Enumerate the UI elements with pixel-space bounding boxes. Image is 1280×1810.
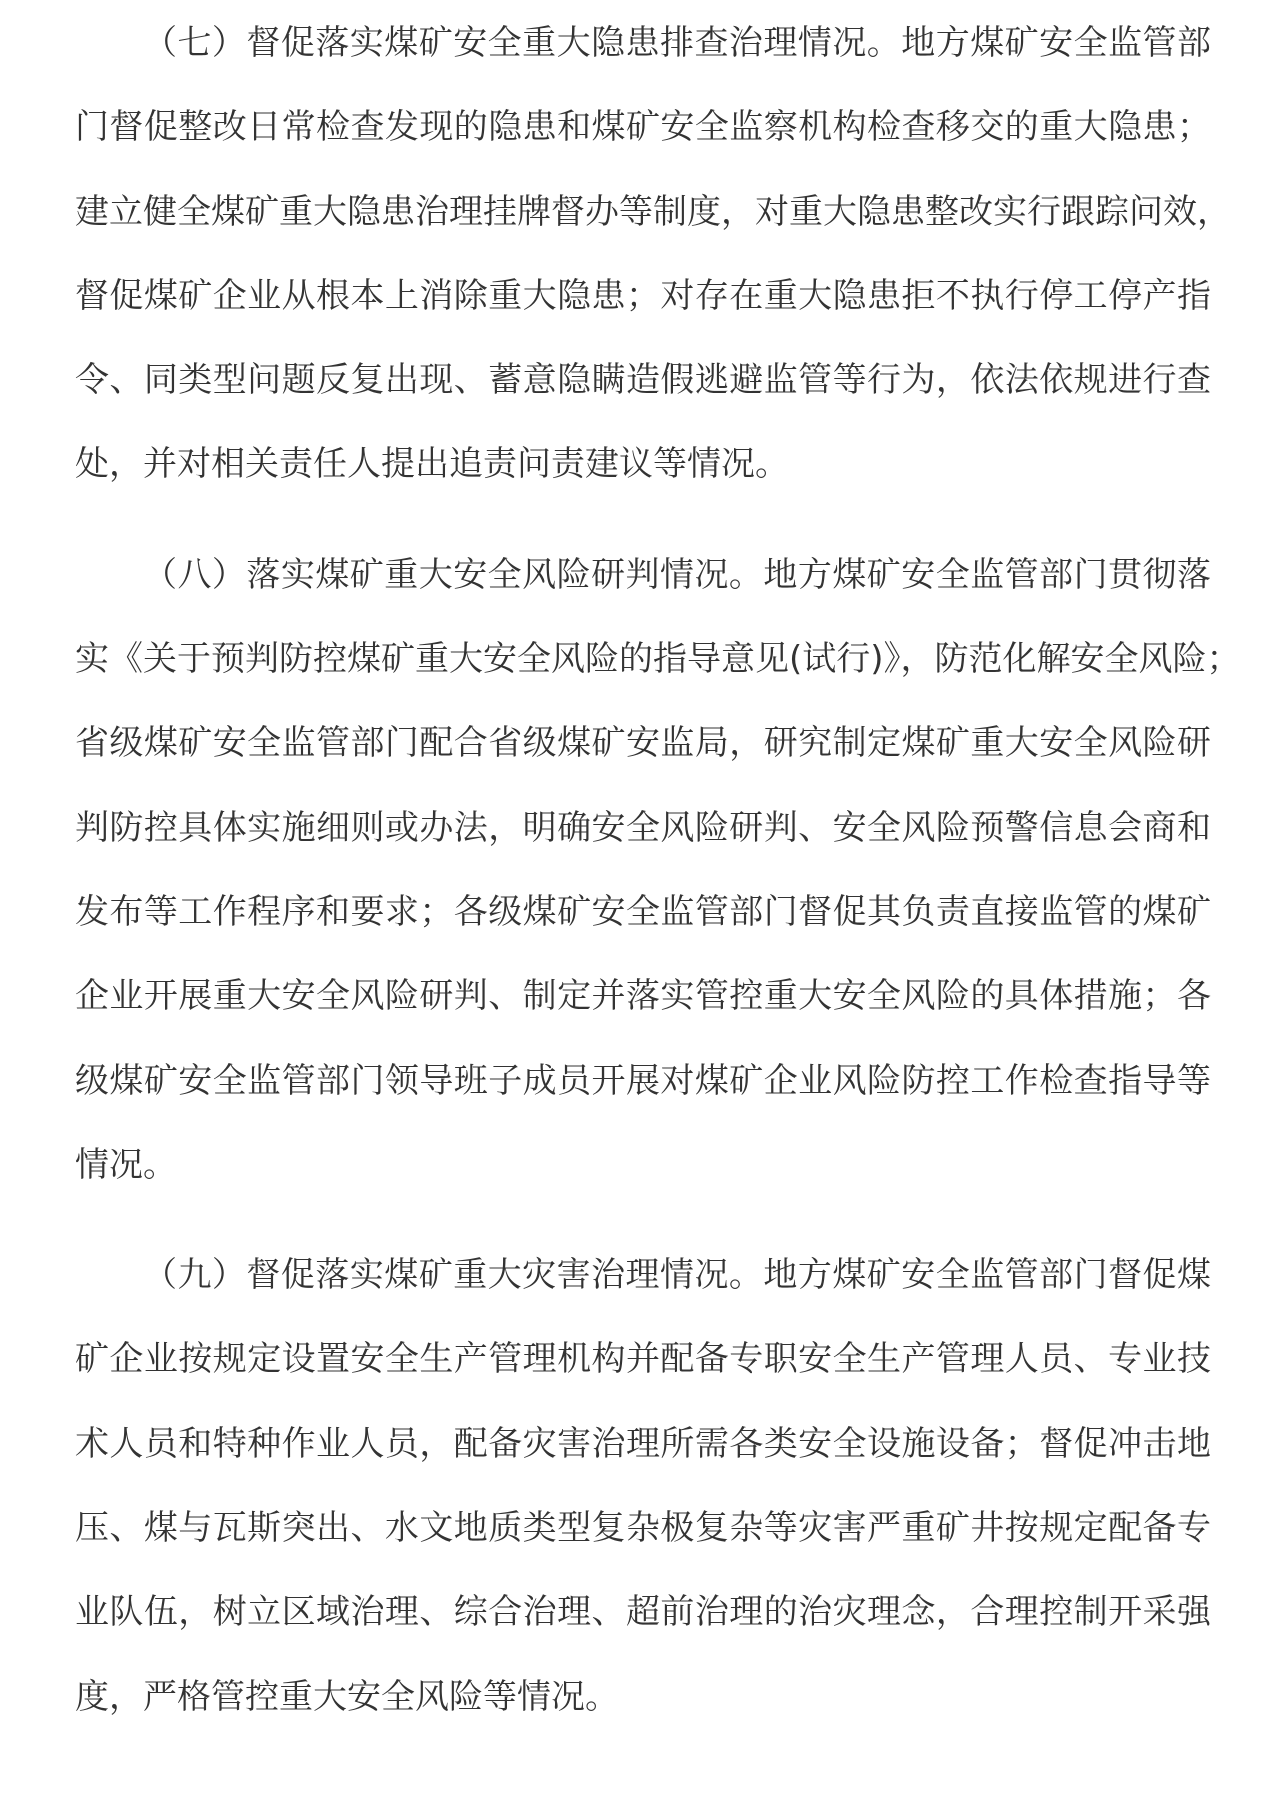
paragraph-line: （八）落实煤矿重大安全风险研判情况。地方煤矿安全监管部门贯彻落 [75,533,1211,617]
paragraph-line: 判防控具体实施细则或办法，明确安全风险研判、安全风险预警信息会商和 [75,786,1211,870]
paragraph-line: （九）督促落实煤矿重大灾害治理情况。地方煤矿安全监管部门督促煤 [75,1233,1211,1317]
paragraph-line: 督促煤矿企业从根本上消除重大隐患；对存在重大隐患拒不执行停工停产指 [75,254,1211,338]
paragraph-line: 令、同类型问题反复出现、蓄意隐瞒造假逃避监管等行为，依法依规进行查 [75,338,1211,422]
document-body: （七）督促落实煤矿安全重大隐患排查治理情况。地方煤矿安全监管部 门督促整改日常检… [75,1,1211,1765]
paragraph-line: 级煤矿安全监管部门领导班子成员开展对煤矿企业风险防控工作检查指导等 [75,1039,1211,1123]
paragraph-line: 实《关于预判防控煤矿重大安全风险的指导意见(试行)》，防范化解安全风险； [75,617,1211,701]
paragraph-line: 建立健全煤矿重大隐患治理挂牌督办等制度，对重大隐患整改实行跟踪问效， [75,170,1211,254]
paragraph-7: （七）督促落实煤矿安全重大隐患排查治理情况。地方煤矿安全监管部 门督促整改日常检… [75,1,1211,507]
paragraph-line: 省级煤矿安全监管部门配合省级煤矿安监局，研究制定煤矿重大安全风险研 [75,701,1211,785]
paragraph-line: 矿企业按规定设置安全生产管理机构并配备专职安全生产管理人员、专业技 [75,1317,1211,1401]
paragraph-line: 术人员和特种作业人员，配备灾害治理所需各类安全设施设备；督促冲击地 [75,1402,1211,1486]
paragraph-line: 发布等工作程序和要求；各级煤矿安全监管部门督促其负责直接监管的煤矿 [75,870,1211,954]
paragraph-line: 企业开展重大安全风险研判、制定并落实管控重大安全风险的具体措施；各 [75,954,1211,1038]
paragraph-line: 业队伍，树立区域治理、综合治理、超前治理的治灾理念，合理控制开采强 [75,1570,1211,1654]
paragraph-line: 压、煤与瓦斯突出、水文地质类型复杂极复杂等灾害严重矿井按规定配备专 [75,1486,1211,1570]
paragraph-line: （七）督促落实煤矿安全重大隐患排查治理情况。地方煤矿安全监管部 [75,1,1211,85]
paragraph-8: （八）落实煤矿重大安全风险研判情况。地方煤矿安全监管部门贯彻落 实《关于预判防控… [75,533,1211,1207]
paragraph-line: 情况。 [75,1123,1211,1207]
paragraph-line: 门督促整改日常检查发现的隐患和煤矿安全监察机构检查移交的重大隐患； [75,85,1211,169]
paragraph-line: 度，严格管控重大安全风险等情况。 [75,1655,1211,1739]
paragraph-9: （九）督促落实煤矿重大灾害治理情况。地方煤矿安全监管部门督促煤 矿企业按规定设置… [75,1233,1211,1739]
paragraph-line: 处，并对相关责任人提出追责问责建议等情况。 [75,422,1211,506]
